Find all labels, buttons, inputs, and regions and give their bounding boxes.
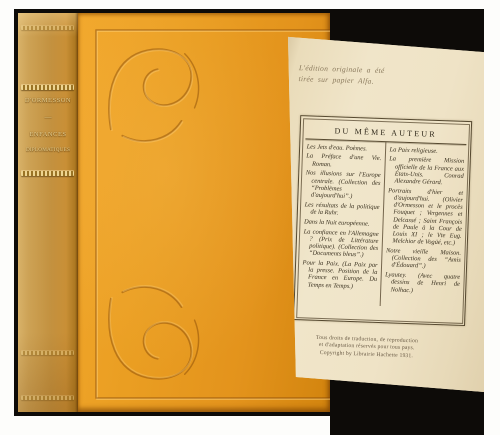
works-column-right: La Paix religieuse.La première Mission o… xyxy=(379,142,468,309)
work-entry: La première Mission officielle de la Fra… xyxy=(388,156,464,187)
work-entry: La confiance en l'Allemagne ? (Prix de L… xyxy=(303,228,379,259)
spine-separator: — xyxy=(18,113,78,121)
same-author-box: DU MÊME AUTEUR Les Jets d'eau. Poèmes.La… xyxy=(293,115,472,326)
works-columns: Les Jets d'eau. Poèmes.La Préface d'une … xyxy=(297,139,468,309)
book-page: L'édition originale a été tirée sur papi… xyxy=(286,32,484,405)
work-entry: Lyautey. (Avec quatre dessins de Henri d… xyxy=(385,271,461,295)
work-entry: Les Jets d'eau. Poèmes. xyxy=(307,143,382,153)
works-column-left: Les Jets d'eau. Poèmes.La Préface d'une … xyxy=(297,139,385,306)
same-author-box-inner-border: DU MÊME AUTEUR Les Jets d'eau. Poèmes.La… xyxy=(296,118,470,324)
spine-gilt-band xyxy=(21,85,74,90)
handwritten-note: L'édition originale a été tirée sur papi… xyxy=(298,62,429,89)
book-spine: D'ORMESSON — ENFANCES DIPLOMATIQUES xyxy=(18,13,78,412)
work-entry: La Paix religieuse. xyxy=(389,146,464,156)
spine-gilt-band xyxy=(21,26,74,30)
work-entry: Nos illusions sur l'Europe centrale. (Co… xyxy=(305,170,381,201)
work-entry: Les résultats de la politique de la Ruhr… xyxy=(304,201,379,218)
spine-title-line1: ENFANCES xyxy=(18,131,78,138)
spine-author-label: D'ORMESSON xyxy=(18,97,78,104)
copyright-imprint: Tous droits de traduction, de reproducti… xyxy=(294,334,440,361)
work-entry: La Préface d'une Vie. Roman. xyxy=(306,153,381,170)
spine-gilt-band xyxy=(21,396,74,400)
spine-gilt-band xyxy=(21,351,74,355)
spine-title-line2: DIPLOMATIQUES xyxy=(18,147,78,153)
work-entry: Portraits d'hier et d'aujourd'hui. (Oliv… xyxy=(386,187,463,247)
work-entry: Pour la Paix. (La Paix par la presse. Po… xyxy=(302,259,378,290)
page-content: L'édition originale a été tirée sur papi… xyxy=(278,29,489,409)
work-entry: Notre vieille Maison. (Collection des “A… xyxy=(385,247,461,271)
book: D'ORMESSON — ENFANCES DIPLOMATIQUES xyxy=(18,13,330,412)
spine-gilt-band xyxy=(21,171,74,176)
work-entry: Dans la Nuit européenne. xyxy=(304,218,379,228)
